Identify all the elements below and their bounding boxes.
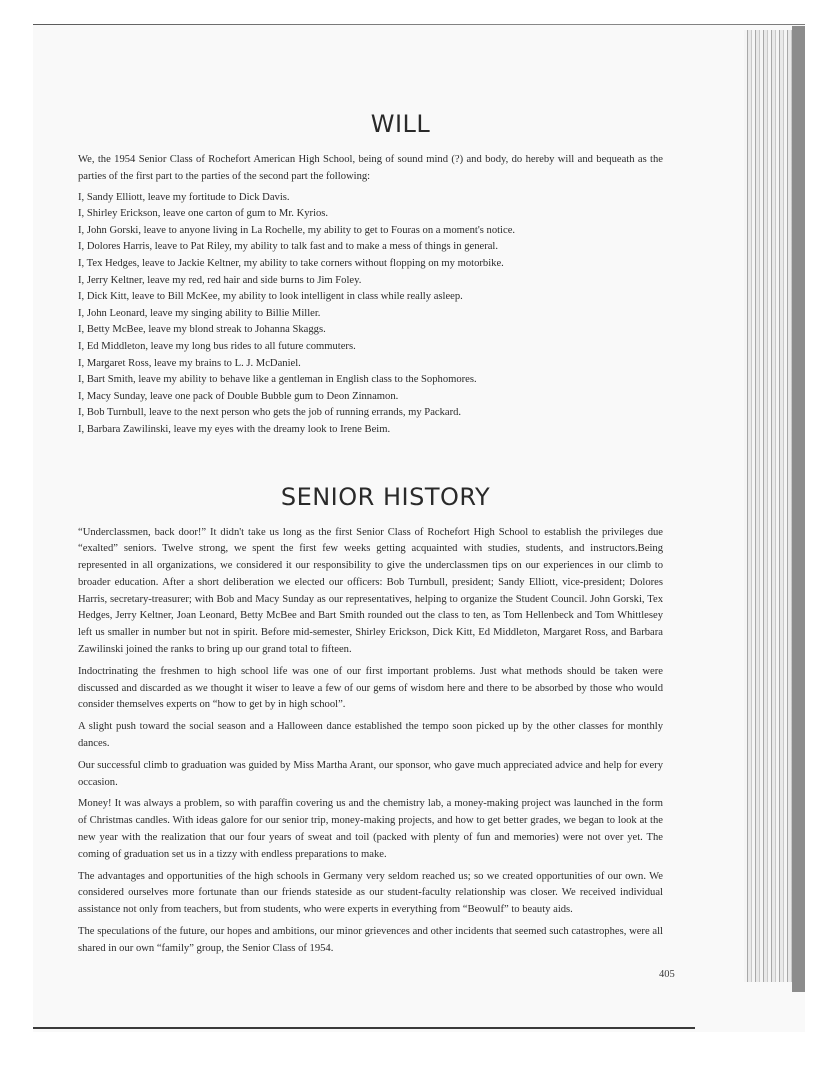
will-intro: We, the 1954 Senior Class of Rochefort A…	[78, 152, 663, 186]
history-paragraph: A slight push toward the social season a…	[78, 719, 663, 753]
bequest-item: I, Betty McBee, leave my blond streak to…	[78, 322, 663, 339]
bequest-item: I, Bob Turnbull, leave to the next perso…	[78, 405, 663, 422]
bequest-list: I, Sandy Elliott, leave my fortitude to …	[78, 190, 663, 439]
page-content: WILL We, the 1954 Senior Class of Rochef…	[78, 110, 663, 963]
page-stack-edges	[744, 30, 792, 982]
bottom-rule	[33, 1027, 695, 1029]
bequest-item: I, Tex Hedges, leave to Jackie Keltner, …	[78, 256, 663, 273]
book-spine-shadow	[792, 26, 805, 992]
bequest-item: I, Bart Smith, leave my ability to behav…	[78, 372, 663, 389]
will-section: WILL We, the 1954 Senior Class of Rochef…	[78, 110, 663, 439]
history-paragraph: Money! It was always a problem, so with …	[78, 796, 663, 863]
bequest-item: I, Shirley Erickson, leave one carton of…	[78, 206, 663, 223]
history-paragraph: The speculations of the future, our hope…	[78, 924, 663, 958]
senior-history-title: SENIOR HISTORY	[108, 483, 663, 511]
bequest-item: I, Macy Sunday, leave one pack of Double…	[78, 389, 663, 406]
history-paragraph: Indoctrinating the freshmen to high scho…	[78, 664, 663, 714]
will-title: WILL	[138, 110, 663, 138]
history-paragraph: The advantages and opportunities of the …	[78, 869, 663, 919]
page-number: 405	[659, 969, 675, 980]
history-paragraph: Our successful climb to graduation was g…	[78, 758, 663, 792]
senior-history-section: SENIOR HISTORY “Underclassmen, back door…	[78, 483, 663, 958]
bequest-item: I, Jerry Keltner, leave my red, red hair…	[78, 273, 663, 290]
bequest-item: I, John Gorski, leave to anyone living i…	[78, 223, 663, 240]
bequest-item: I, Dolores Harris, leave to Pat Riley, m…	[78, 239, 663, 256]
bequest-item: I, John Leonard, leave my singing abilit…	[78, 306, 663, 323]
bequest-item: I, Barbara Zawilinski, leave my eyes wit…	[78, 422, 663, 439]
history-paragraph: “Underclassmen, back door!” It didn't ta…	[78, 525, 663, 659]
bequest-item: I, Sandy Elliott, leave my fortitude to …	[78, 190, 663, 207]
bequest-item: I, Dick Kitt, leave to Bill McKee, my ab…	[78, 289, 663, 306]
bequest-item: I, Margaret Ross, leave my brains to L. …	[78, 356, 663, 373]
bequest-item: I, Ed Middleton, leave my long bus rides…	[78, 339, 663, 356]
